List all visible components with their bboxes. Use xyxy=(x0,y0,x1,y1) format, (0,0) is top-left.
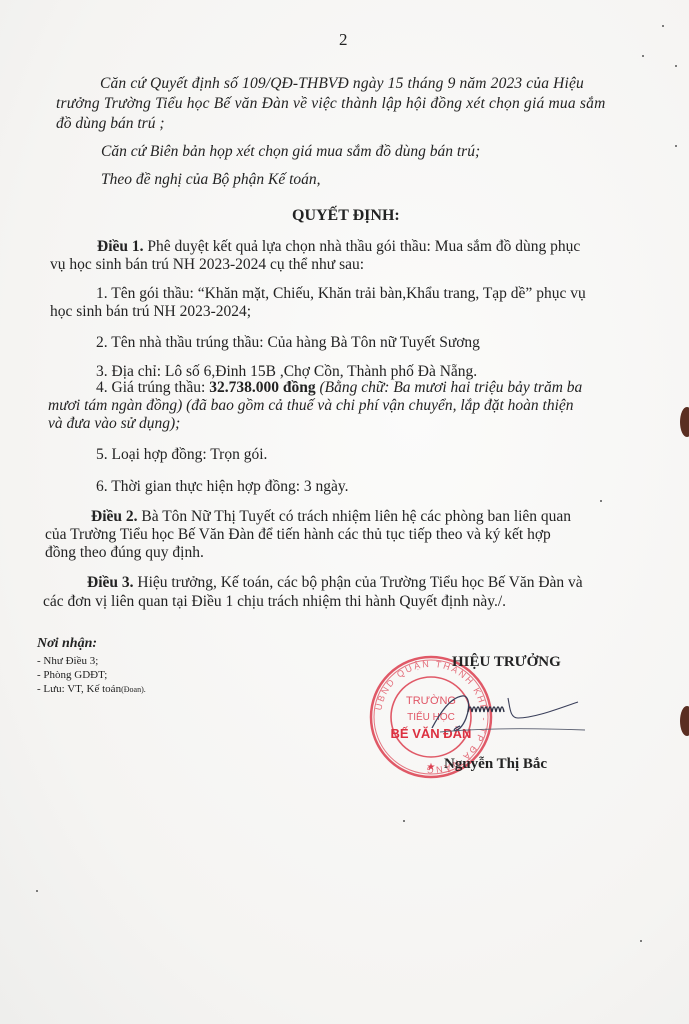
article-1-label: Điều 1. xyxy=(97,238,144,255)
article-1-line-2: vụ học sinh bán trú NH 2023-2024 cụ thể … xyxy=(50,256,364,274)
article-1-line-1: Điều 1. Phê duyệt kết quả lựa chọn nhà t… xyxy=(97,238,580,256)
page-number: 2 xyxy=(339,30,348,50)
punch-hole xyxy=(680,706,689,736)
basis-1-line-1: Căn cứ Quyết định số 109/QĐ-THBVĐ ngày 1… xyxy=(100,75,584,93)
signer-title: HIỆU TRƯỞNG xyxy=(452,654,561,671)
proposal: Theo đề nghị của Bộ phận Kế toán, xyxy=(101,171,321,189)
package-line-1: 1. Tên gói thầu: “Khăn mặt, Chiếu, Khăn … xyxy=(96,285,586,303)
svg-text:★: ★ xyxy=(427,762,436,773)
document-page: 2 Căn cứ Quyết định số 109/QĐ-THBVĐ ngày… xyxy=(0,0,689,1024)
article-2-label: Điều 2. xyxy=(91,508,138,525)
price-line-1: 4. Giá trúng thầu: 32.738.000 đồng (Bằng… xyxy=(96,379,582,397)
signature-icon xyxy=(420,688,590,738)
article-3-line-1: Điều 3. Hiệu trưởng, Kế toán, các bộ phậ… xyxy=(87,574,583,592)
contract-type: 5. Loại hợp đồng: Trọn gói. xyxy=(96,446,267,464)
recipients-title: Nơi nhận: xyxy=(37,636,97,652)
signer-name: Nguyễn Thị Bắc xyxy=(444,756,547,773)
article-3-line-2: các đơn vị liên quan tại Điều 1 chịu trá… xyxy=(43,593,506,611)
basis-2: Căn cứ Biên bản họp xét chọn giá mua sắm… xyxy=(101,143,480,161)
duration: 6. Thời gian thực hiện hợp đồng: 3 ngày. xyxy=(96,478,349,496)
price-line-2: mươi tám ngàn đồng) (đã bao gồm cả thuế … xyxy=(48,397,574,415)
basis-1-line-3: đồ dùng bán trú ; xyxy=(56,115,165,133)
price-line-3: và đưa vào sử dụng); xyxy=(48,415,180,433)
article-2-line-3: đồng theo đúng quy định. xyxy=(45,544,204,562)
punch-hole xyxy=(680,407,689,437)
decision-heading: QUYẾT ĐỊNH: xyxy=(292,207,400,225)
contractor: 2. Tên nhà thầu trúng thầu: Của hàng Bà … xyxy=(96,334,480,352)
basis-1-line-2: trưởng Trường Tiểu học Bế văn Đàn về việ… xyxy=(56,95,605,113)
recipient-item: - Lưu: VT, Kế toán(Đoan). xyxy=(37,683,146,695)
article-2-line-1: Điều 2. Bà Tôn Nữ Thị Tuyết có trách nhi… xyxy=(91,508,571,526)
article-3-label: Điều 3. xyxy=(87,574,134,591)
package-line-2: học sinh bán trú NH 2023-2024; xyxy=(50,303,251,321)
price-value: 32.738.000 đồng xyxy=(209,379,315,396)
recipient-item: - Phòng GDĐT; xyxy=(37,669,107,681)
recipient-item: - Như Điều 3; xyxy=(37,655,98,667)
article-2-line-2: của Trường Tiểu học Bế Văn Đàn để tiến h… xyxy=(45,526,551,544)
